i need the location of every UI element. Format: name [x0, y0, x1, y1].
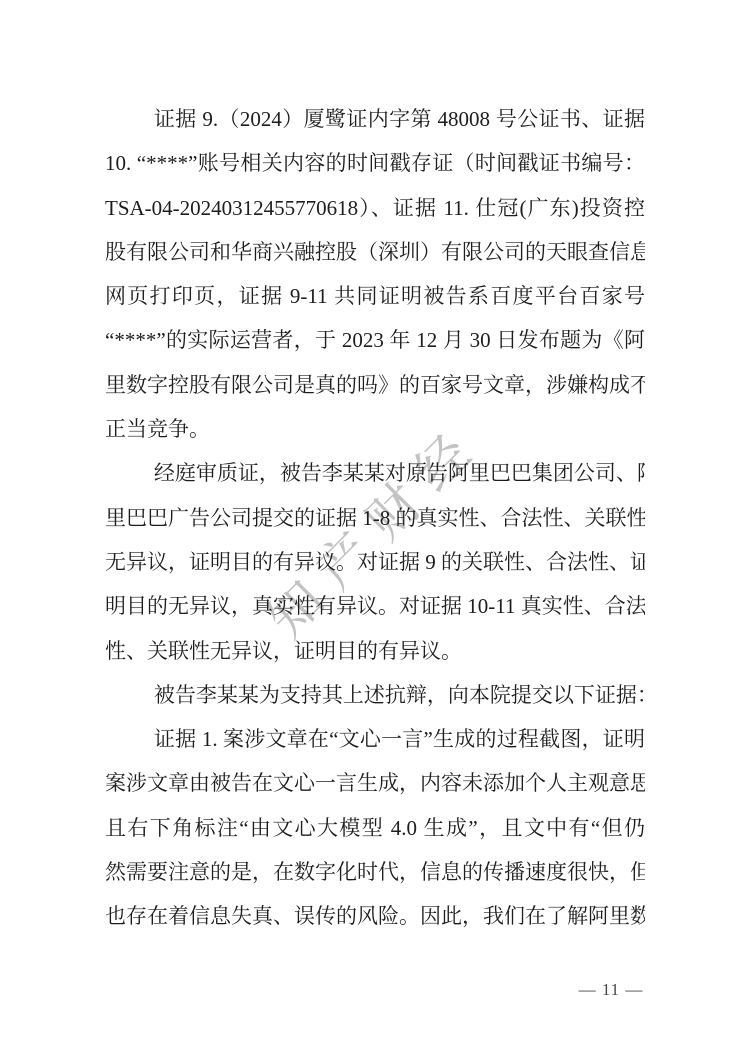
text-line: 网页打印页，证据 9-11 共同证明被告系百度平台百家号	[105, 274, 645, 318]
text-line: 然需要注意的是，在数字化时代，信息的传播速度很快，但	[105, 850, 645, 894]
document-body: 证据 9.（2024）厦鹭证内字第 48008 号公证书、证据 10. “***…	[105, 97, 645, 939]
text-line: 性、关联性无异议，证明目的有异议。	[105, 629, 645, 673]
page-number: — 11 —	[566, 980, 656, 1000]
text-line: 证据 9.（2024）厦鹭证内字第 48008 号公证书、证据	[105, 97, 645, 141]
text-line: TSA-04-20240312455770618）、证据 11. 仕冠(广东)投…	[105, 186, 645, 230]
text-line: “****”的实际运营者，于 2023 年 12 月 30 日发布题为《阿	[105, 318, 645, 362]
text-line: 明目的无异议，真实性有异议。对证据 10-11 真实性、合法	[105, 584, 645, 628]
text-line: 10. “****”账号相关内容的时间戳存证（时间戳证书编号：	[105, 141, 645, 185]
text-line: 股有限公司和华商兴融控股（深圳）有限公司的天眼查信息	[105, 230, 645, 274]
text-line: 正当竞争。	[105, 407, 645, 451]
text-line: 里巴巴广告公司提交的证据 1-8 的真实性、合法性、关联性	[105, 496, 645, 540]
text-line: 案涉文章由被告在文心一言生成，内容未添加个人主观意思，	[105, 761, 645, 805]
text-line: 且右下角标注“由文心大模型 4.0 生成”，且文中有“但仍	[105, 806, 645, 850]
text-line: 证据 1. 案涉文章在“文心一言”生成的过程截图，证明	[105, 717, 645, 761]
text-line: 里数字控股有限公司是真的吗》的百家号文章，涉嫌构成不	[105, 363, 645, 407]
text-line: 无异议，证明目的有异议。对证据 9 的关联性、合法性、证	[105, 540, 645, 584]
text-line: 经庭审质证，被告李某某对原告阿里巴巴集团公司、阿	[105, 451, 645, 495]
document-page: 知产财经 证据 9.（2024）厦鹭证内字第 48008 号公证书、证据 10.…	[0, 0, 750, 1061]
text-line: 也存在着信息失真、误传的风险。因此，我们在了解阿里数	[105, 894, 645, 938]
text-line: 被告李某某为支持其上述抗辩，向本院提交以下证据：	[105, 673, 645, 717]
